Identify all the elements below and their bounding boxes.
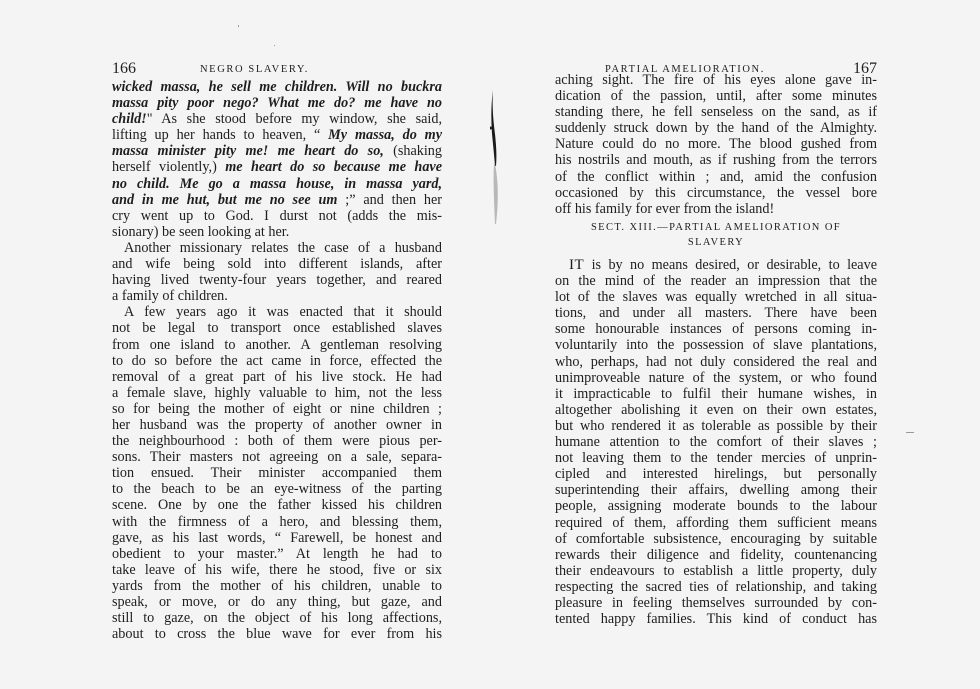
text-line: about to cross the blue wave for ever fr… [112, 626, 442, 642]
text-line: and in me hut, but me no see um ;” and t… [112, 192, 442, 208]
text-line: tion ensued. Their minister accompanied … [112, 465, 442, 481]
text-line: occasioned by this circumstance, the ves… [555, 185, 877, 201]
text-line: lifting up her hands to heaven, “ My mas… [112, 127, 442, 143]
text-line: cry went up to God. I durst not (adds th… [112, 208, 442, 224]
text-line: to do so before the act came in force, e… [112, 353, 442, 369]
text-line: sionary) be seen looking at her. [112, 224, 442, 240]
text-line: gave, as his last words, “ Farewell, be … [112, 530, 442, 546]
text-line: their endeavours to establish a little p… [555, 563, 877, 579]
text-line: from one island to another. A gentleman … [112, 337, 442, 353]
text-line: Another missionary relates the case of a… [112, 240, 442, 256]
text-line: tions, and under all masters. There have… [555, 305, 877, 321]
left-body-text: wicked massa, he sell me children. Will … [112, 79, 442, 642]
section-heading: SECT. XIII.—PARTIAL AMELIORATION OF SLAV… [555, 220, 877, 250]
left-page: 166 NEGRO SLAVERY. wicked massa, he sell… [0, 0, 490, 689]
text-line: dication of the passion, until, after so… [555, 88, 877, 104]
text-line: off his family for ever from the island! [555, 201, 877, 217]
text-line: obedient to your master.” At length he h… [112, 546, 442, 562]
text-line: sons. Their masters not agreeing on a sa… [112, 449, 442, 465]
opening-word: IT [569, 257, 584, 273]
text-line: of the conflict within ; and, amid the c… [555, 169, 877, 185]
text-line: who, perhaps, had not duly considered th… [555, 354, 877, 370]
text-line: her husband was the property of another … [112, 417, 442, 433]
text-line: removal of a great part of his live stoc… [112, 369, 442, 385]
text-line: rewards their diligence and fidelity, co… [555, 547, 877, 563]
section-heading-line-1: SECT. XIII.—PARTIAL AMELIORATION OF [555, 220, 877, 235]
text-line: Nature could do no more. The blood gushe… [555, 136, 877, 152]
text-line: some honourable instances of persons com… [555, 321, 877, 337]
text-line: wicked massa, he sell me children. Will … [112, 79, 442, 95]
text-line: a family of children. [112, 288, 442, 304]
text-line: massa minister pity me! me heart do so, … [112, 143, 442, 159]
text-line: not leaving them to the tender mercies o… [555, 450, 877, 466]
text-line: to the beach to be an eye-witness of the… [112, 481, 442, 497]
text-line: yards from the mother of his children, u… [112, 578, 442, 594]
text-line: aching sight. The fire of his eyes alone… [555, 72, 877, 88]
margin-speck [274, 45, 275, 46]
section-heading-line-2: SLAVERY [555, 235, 877, 250]
gutter-ink-mark [490, 84, 502, 224]
text-line: suddenly struck down by the hand of the … [555, 120, 877, 136]
text-line: of comfortable subsistence, encouraging … [555, 531, 877, 547]
text-line: massa pity poor nego? What me do? me hav… [112, 95, 442, 111]
text-line: A few years ago it was enacted that it s… [112, 304, 442, 320]
text-line: having lived twenty-four years together,… [112, 272, 442, 288]
text-line: no child. Me go a massa house, in massa … [112, 176, 442, 192]
text-line: but who rendered it as tolerable as poss… [555, 418, 877, 434]
text-line: pleasure in feeling themselves surrounde… [555, 595, 877, 611]
text-line: IT is by no means desired, or desirable,… [555, 257, 877, 273]
right-page: PARTIAL AMELIORATION. 167 aching sight. … [490, 0, 980, 689]
text-line: respecting the sacred ties of relationsh… [555, 579, 877, 595]
left-page-number: 166 [112, 60, 136, 78]
text-line: scene. One by one the father kissed his … [112, 497, 442, 513]
text-line: herself violently,) me heart do so becau… [112, 159, 442, 175]
text-line: on the mind of the reader an impression … [555, 273, 877, 289]
text-line: so for being the mother of eight or nine… [112, 401, 442, 417]
left-running-title: NEGRO SLAVERY. [200, 61, 309, 79]
text-line: unimproveable nature of the system, or w… [555, 370, 877, 386]
margin-speck [906, 432, 914, 433]
text-line: his nostrils and mouth, as if rushing fr… [555, 152, 877, 168]
text-line: required of them, affording them suffici… [555, 515, 877, 531]
text-line: the neighbourhood : both of them were pi… [112, 433, 442, 449]
text-line: superintending their affairs, dwelling a… [555, 482, 877, 498]
text-line: humane attention to the comfort of their… [555, 434, 877, 450]
text-line: take leave of his wife, there he stood, … [112, 562, 442, 578]
text-line: it impracticable to fulfil their humane … [555, 386, 877, 402]
text-line: cipled and interested hirelings, but per… [555, 466, 877, 482]
text-line: still to gaze, on the object of his long… [112, 610, 442, 626]
text-line: with the firmness of a hero, and blessin… [112, 514, 442, 530]
text-line: a female slave, highly valuable to him, … [112, 385, 442, 401]
text-line: altogether abolishing it even on their o… [555, 402, 877, 418]
text-line: not be legal to transport once establish… [112, 320, 442, 336]
text-line: standing there, he fell senseless on the… [555, 104, 877, 120]
text-line: people, assigning moderate bounds to the… [555, 498, 877, 514]
right-body-text-top: aching sight. The fire of his eyes alone… [555, 72, 877, 217]
text-line: lot of the slaves was equally wretched i… [555, 289, 877, 305]
text-line: tented happy families. This kind of cond… [555, 611, 877, 627]
text-line: and wife being sold into different islan… [112, 256, 442, 272]
margin-speck [238, 25, 239, 27]
left-running-head: 166 NEGRO SLAVERY. [112, 60, 442, 78]
right-body-text-bottom: IT is by no means desired, or desirable,… [555, 257, 877, 627]
text-line: child!" As she stood before my window, s… [112, 111, 442, 127]
text-line: speak, or move, or do any thing, but gaz… [112, 594, 442, 610]
text-line: voluntarily into the possession of slave… [555, 337, 877, 353]
